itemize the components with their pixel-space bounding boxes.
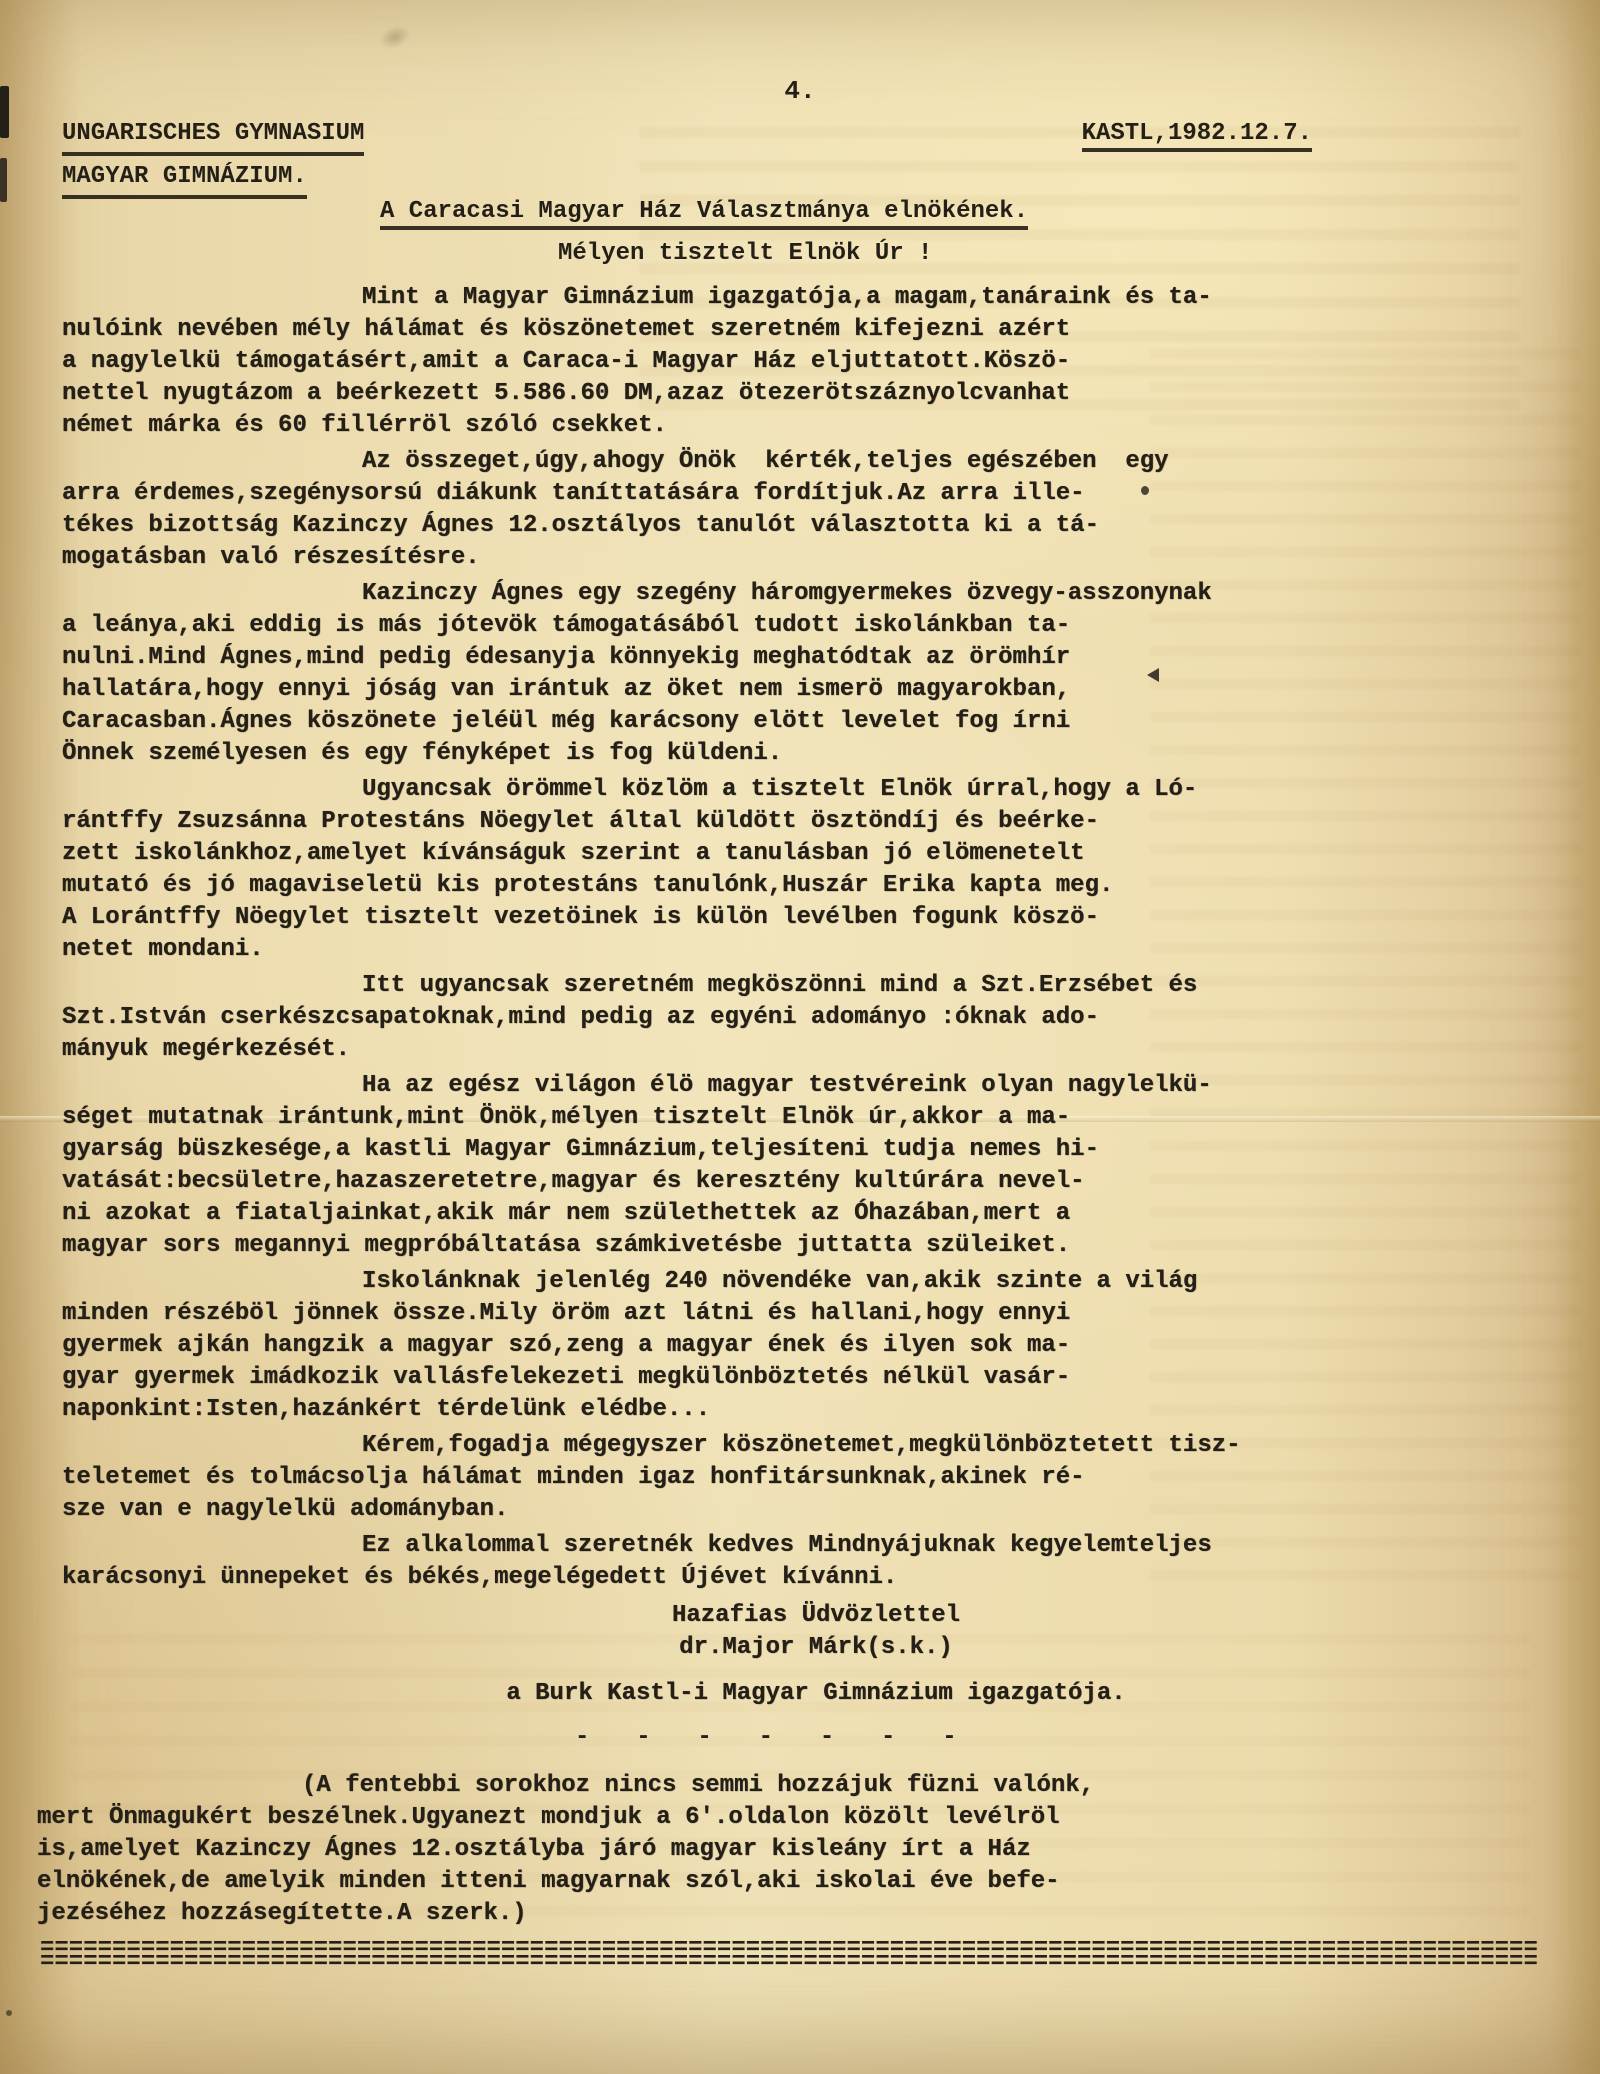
closing-role: a Burk Kastl-i Magyar Gimnázium igazgató… <box>478 1678 1154 1710</box>
letter-line: vatását:becsületre,hazaszeretetre,magyar… <box>62 1166 1154 1198</box>
paragraph: Ez alkalommal szeretnék kedves Mindnyáju… <box>62 1530 1154 1594</box>
editor-note-line: mert Önmagukért beszélnek.Ugyanezt mondj… <box>37 1802 1154 1834</box>
letter-line: rántffy Zsuzsánna Protestáns Nöegylet ál… <box>62 806 1154 838</box>
letter-line: karácsonyi ünnepeket és békés,megelégede… <box>62 1562 1154 1594</box>
closing-signature: dr.Major Márk(s.k.) <box>478 1632 1154 1664</box>
paragraph: Iskolánknak jelenlég 240 növendéke van,a… <box>62 1266 1154 1426</box>
letter-line: hallatára,hogy ennyi jóság van irántuk a… <box>62 674 1154 706</box>
scanned-letter-page: 4. UNGARISCHES GYMNASIUM MAGYAR GIMNÁZIU… <box>0 0 1600 2074</box>
letter-line: sze van e nagylelkü adományban. <box>62 1494 1154 1526</box>
paragraph: Ugyancsak örömmel közlöm a tisztelt Elnö… <box>62 774 1154 966</box>
paragraph: Kérem,fogadja mégegyszer köszönetemet,me… <box>62 1430 1154 1526</box>
letter-line: nulóink nevében mély hálámat és köszönet… <box>62 314 1154 346</box>
letter-body: Mint a Magyar Gimnázium igazgatója,a mag… <box>62 282 1154 1594</box>
letter-header: UNGARISCHES GYMNASIUM MAGYAR GIMNÁZIUM. … <box>62 116 1312 202</box>
closing-block: Hazafias Üdvözlettel dr.Major Márk(s.k.)… <box>62 1600 1154 1710</box>
paragraph: Ha az egész világon élö magyar testvérei… <box>62 1070 1154 1262</box>
letter-line: zett iskolánkhoz,amelyet kívánságuk szer… <box>62 838 1154 870</box>
letter-line: Ha az egész világon élö magyar testvérei… <box>62 1070 1154 1102</box>
letter-line: Önnek személyesen és egy fényképet is fo… <box>62 738 1154 770</box>
paragraph: Mint a Magyar Gimnázium igazgatója,a mag… <box>62 282 1154 442</box>
sender-letterhead: UNGARISCHES GYMNASIUM MAGYAR GIMNÁZIUM. <box>62 116 364 202</box>
dateline-text: KASTL,1982.12.7. <box>1082 120 1312 152</box>
letter-line: Kazinczy Ágnes egy szegény háromgyermeke… <box>62 578 1154 610</box>
scan-artifact <box>6 2010 12 2016</box>
editor-note: (A fentebbi sorokhoz nincs semmi hozzáju… <box>37 1770 1154 1930</box>
letter-line: ni azokat a fiataljainkat,akik már nem s… <box>62 1198 1154 1230</box>
letter-line: arra érdemes,szegénysorsú diákunk tanítt… <box>62 478 1154 510</box>
letter-line: A Lorántffy Nöegylet tisztelt vezetöinek… <box>62 902 1154 934</box>
editor-note-line: is,amelyet Kazinczy Ágnes 12.osztályba j… <box>37 1834 1154 1866</box>
salutation: Mélyen tisztelt Elnök Úr ! <box>62 238 1154 270</box>
letter-line: a nagylelkü támogatásért,amit a Caraca-i… <box>62 346 1154 378</box>
dash-separator: - - - - - - - <box>62 1722 1154 1754</box>
letter-line: Itt ugyancsak szeretném megköszönni mind… <box>62 970 1154 1002</box>
footer-rule: ========================================… <box>40 1942 1154 1970</box>
letter-line: tékes bizottság Kazinczy Ágnes 12.osztál… <box>62 510 1154 542</box>
letter-line: Ugyancsak örömmel közlöm a tisztelt Elnö… <box>62 774 1154 806</box>
letter-line: német márka és 60 fillérröl szóló csekke… <box>62 410 1154 442</box>
letter-line: séget mutatnak irántunk,mint Önök,mélyen… <box>62 1102 1154 1134</box>
letter-line: gyarság büszkesége,a kastli Magyar Gimná… <box>62 1134 1154 1166</box>
letter-line: minden részéböl jönnek össze.Mily öröm a… <box>62 1298 1154 1330</box>
paragraph: Az összeget,úgy,ahogy Önök kérték,teljes… <box>62 446 1154 574</box>
letter-line: magyar sors megannyi megpróbáltatása szá… <box>62 1230 1154 1262</box>
letter-line: nulni.Mind Ágnes,mind pedig édesanyja kö… <box>62 642 1154 674</box>
pencil-smudge <box>368 15 421 59</box>
editor-note-line: elnökének,de amelyik minden itteni magya… <box>37 1866 1154 1898</box>
letter-line: Caracasban.Ágnes köszönete jeléül még ka… <box>62 706 1154 738</box>
paragraph: Itt ugyancsak szeretném megköszönni mind… <box>62 970 1154 1066</box>
letter-line: mutató és jó magaviseletü kis protestáns… <box>62 870 1154 902</box>
letter-line: gyermek ajkán hangzik a magyar szó,zeng … <box>62 1330 1154 1362</box>
bleed-through-texture <box>1150 330 1580 1580</box>
letterhead-line-german: UNGARISCHES GYMNASIUM <box>62 116 364 156</box>
footer-rule-row: ========================================… <box>40 1956 1154 1970</box>
editor-note-line: jezéséhez hozzásegítette.A szerk.) <box>37 1898 1154 1930</box>
letter-line: naponkint:Isten,hazánkért térdelünk eléd… <box>62 1394 1154 1426</box>
letter-line: a leánya,aki eddig is más jótevök támoga… <box>62 610 1154 642</box>
scan-artifact <box>0 158 7 202</box>
addressee-text: A Caracasi Magyar Ház Választmánya elnök… <box>380 198 1028 230</box>
letter-line: teletemet és tolmácsolja hálámat minden … <box>62 1462 1154 1494</box>
page-number: 4. <box>0 76 1600 106</box>
dateline: KASTL,1982.12.7. <box>1082 116 1312 152</box>
letter-line: mányuk megérkezését. <box>62 1034 1154 1066</box>
letter-line: Ez alkalommal szeretnék kedves Mindnyáju… <box>62 1530 1154 1562</box>
letter-line: Mint a Magyar Gimnázium igazgatója,a mag… <box>62 282 1154 314</box>
addressee-row: A Caracasi Magyar Ház Választmánya elnök… <box>62 196 1154 228</box>
paragraph: Kazinczy Ágnes egy szegény háromgyermeke… <box>62 578 1154 770</box>
letter-line: netet mondani. <box>62 934 1154 966</box>
letter-line: Iskolánknak jelenlég 240 növendéke van,a… <box>62 1266 1154 1298</box>
letter-line: Az összeget,úgy,ahogy Önök kérték,teljes… <box>62 446 1154 478</box>
letter-line: Szt.István cserkészcsapatoknak,mind pedi… <box>62 1002 1154 1034</box>
letter-line: gyar gyermek imádkozik vallásfelekezeti … <box>62 1362 1154 1394</box>
letterhead-line-hungarian: MAGYAR GIMNÁZIUM. <box>62 159 307 199</box>
letter-column: A Caracasi Magyar Ház Választmánya elnök… <box>62 196 1154 1970</box>
letter-line: mogatásban való részesítésre. <box>62 542 1154 574</box>
letter-line: nettel nyugtázom a beérkezett 5.586.60 D… <box>62 378 1154 410</box>
editor-note-line: (A fentebbi sorokhoz nincs semmi hozzáju… <box>37 1770 1154 1802</box>
closing-salute: Hazafias Üdvözlettel <box>478 1600 1154 1632</box>
letter-line: Kérem,fogadja mégegyszer köszönetemet,me… <box>62 1430 1154 1462</box>
